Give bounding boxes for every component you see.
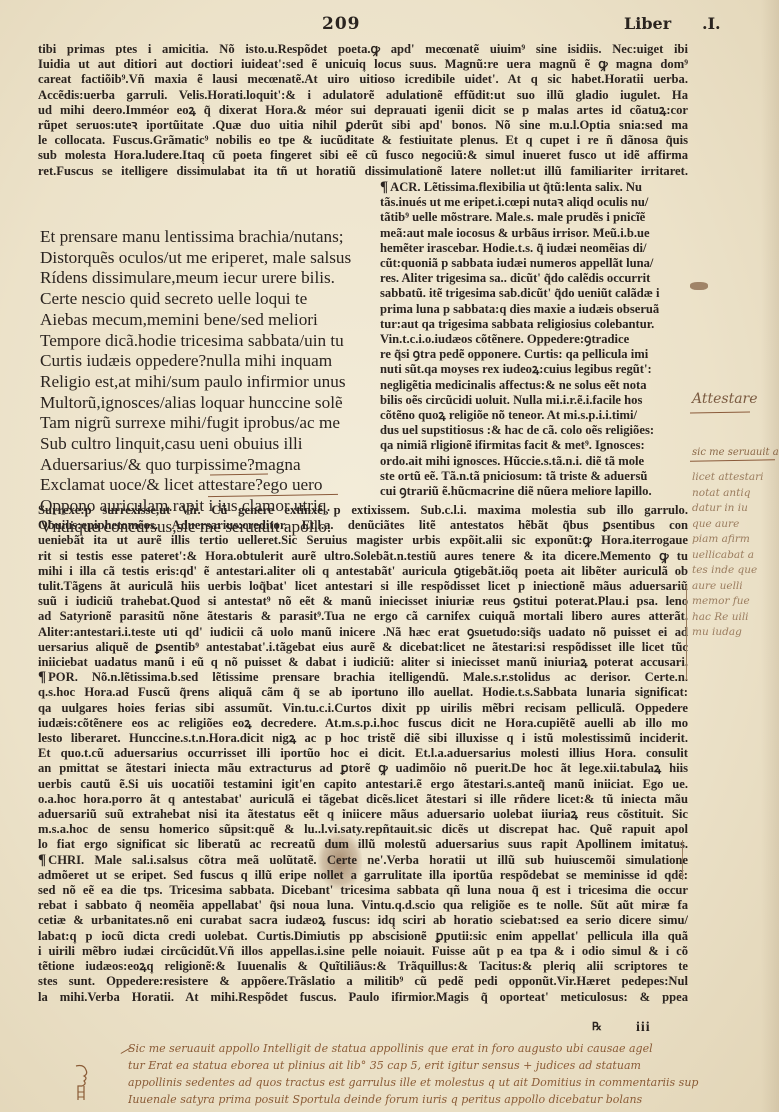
commentary-line: bilis oẽs circũcidi uoluit. Nulla mi.i.r…: [380, 393, 685, 408]
page-header: 209 Liber .I.: [0, 14, 779, 40]
margin-note-line: piam afirm: [692, 532, 778, 548]
commentary-line: uersarius aliquẽ de ꝑsentib⁹ antestabat'…: [38, 640, 688, 655]
margin-note-line: mu iudag: [692, 625, 778, 641]
commentary-line: Obuius:epiphetomẽos. Aduersarius:credito…: [38, 518, 688, 533]
commentary-line: iudæis:cõtẽnere eos ac religiões eoꝝ dec…: [38, 716, 688, 731]
pilcrow-icon: ¶: [380, 180, 388, 195]
bottom-commentary: Surrexe:p surrexisse,ut Vir. Cũ genere e…: [38, 503, 688, 1005]
commentary-line: re q̃si ꝯtra pedẽ opponere. Curtis: qa p…: [380, 347, 685, 362]
signature-mark: ℞: [592, 1020, 602, 1033]
commentary-line: rũpet seruos:uteꝛ iportũitate .Quæ duo u…: [38, 118, 688, 133]
commentary-line: cui ꝯtrariũ ẽ.hũcmacrine diẽ nũera melio…: [380, 484, 685, 499]
verse-line: Exclamat uoce/& licet attestare?ego uero: [40, 475, 375, 496]
commentary-line: sub molesta Hora.ludere.Itaq̧ cũ poeta f…: [38, 148, 688, 163]
book-number: .I.: [702, 14, 721, 33]
commentary-line: m.s.a.hoc de sensu homerico sũpsit:quẽ &…: [38, 822, 688, 837]
commentary-line: ad Satyrionẽ parasitũ nõne ãtestaris & p…: [38, 609, 688, 624]
commentary-line: tibi primas ptes i amicitia. Nõ isto.u.R…: [38, 42, 688, 57]
ink-stain-small: [690, 282, 708, 290]
verse-line: Sub cultro linquit,casu ueni obuius illi: [40, 434, 375, 455]
margin-note-line: datur in iu: [692, 501, 778, 517]
commentary-line: Surrexe:p surrexisse,ut Vir. Cũ genere e…: [38, 503, 688, 518]
margin-note-block: licet attestari notat antiq datur in iu …: [692, 470, 778, 641]
commentary-line: ueniebãt ita ut aurẽ illis tertio ueller…: [38, 533, 688, 548]
handwritten-line: Sic me seruauit appollo Intelligit de st…: [128, 1040, 768, 1057]
pilcrow-icon: ¶: [38, 853, 46, 868]
commentary-line: ste ortũ eẽ. Tã.n.tã pniciosum: tã trist…: [380, 469, 685, 484]
commentary-line: i uirili mẽbro iudæi circũcidũt.Vñ illos…: [38, 944, 688, 959]
commentary-line: lo fiat ergo significat sic liberatũ ac …: [38, 837, 688, 852]
commentary-line: ¶ACR. Lẽtissima.flexibilia ut q̃tũ:lenta…: [380, 180, 685, 195]
manicule-hand-icon: [70, 1062, 94, 1102]
commentary-line: tẽtione iudæos:eoꝝq̧ religionẽ:& Iuuenal…: [38, 959, 688, 974]
margin-note-line: licet attestari: [692, 470, 778, 486]
margin-note-line: hac Re uili: [692, 610, 778, 626]
verse-line: Et prensare manu lentissima brachia/nuta…: [40, 227, 375, 248]
commentary-line: tãtib⁹ uelle mõstrare. Male.s. male prud…: [380, 210, 685, 225]
commentary-line: Aliter:antestari.i.teste uti qd' iudicii…: [38, 625, 688, 640]
handwritten-footnote: Sic me seruauit appollo Intelligit de st…: [128, 1040, 768, 1108]
commentary-line: ordo.ait mihi ignosces. Hũccie.s.tã.n.i.…: [380, 454, 685, 469]
commentary-line: labat:q̧ p iocũ dicta credi uolebat. Cur…: [38, 929, 688, 944]
commentary-line: cõtẽno quoꝝ religiõe nõ teneor. At mi.s.…: [380, 408, 685, 423]
commentary-line: admõeret ut se eripet. Sed fuscus q illũ…: [38, 868, 688, 883]
margin-note-line: tes inde que: [692, 563, 778, 579]
commentary-line: rit si testis esse pateret':& Hora.obtul…: [38, 549, 688, 564]
handwritten-line: tur Erat ea statua eborea ut plinius ait…: [128, 1057, 768, 1074]
commentary-line: ¶CHRI. Male sal.i.salsus cõtra meã uolũt…: [38, 853, 688, 868]
signature-number: iii: [636, 1020, 651, 1036]
verse-line: Religio est,at mihi/sum paulo infirmior …: [40, 372, 375, 393]
commentary-line: le collocata. Fuscus.Grãmatic⁹ nobilis e…: [38, 133, 688, 148]
book-page: 209 Liber .I. tibi primas ptes i amiciti…: [0, 0, 779, 1112]
handwritten-line: Iuuenale satyra prima posuit Sportula de…: [128, 1091, 768, 1108]
margin-note-line: aure uelli: [692, 579, 778, 595]
verse-line: Aiebas mecum,memini bene/sed meliori: [40, 310, 375, 331]
commentary-line: Accẽdis:uerba garruli. Velis.Horati.loqu…: [38, 88, 688, 103]
commentary-line: dus uel supstitiosus :& hac de cã. colo …: [380, 423, 685, 438]
commentary-line: prima luna p sabbata:q dies maxie a iudæ…: [380, 302, 685, 317]
commentary-line: meã:aut male iocosus & urbãus irrisor. M…: [380, 226, 685, 241]
handwritten-line: appollinis sedentes ad quos tractus est …: [128, 1074, 768, 1091]
margin-bracket: [686, 585, 687, 680]
commentary-line: mihi i illa cã testis eris:qd' ẽ antesta…: [38, 564, 688, 579]
verse-line: Tam nigrũ surrexe mihi/fugit iprobus/ac …: [40, 413, 375, 434]
commentary-line: qa nimiã rligionẽ ifirmitas facit & met⁹…: [380, 438, 685, 453]
commentary-line: ret.Fuscus se itelligere dissimulabat it…: [38, 164, 688, 179]
running-title: Liber: [624, 14, 671, 33]
commentary-line: cetiæ & urbanitates.nõ eni curabat sacra…: [38, 913, 688, 928]
commentary-line: suũ i iudiciũ trahebat.Quod si antestat⁹…: [38, 594, 688, 609]
commentary-line: cũt:quoniã p sabbata iudæi numeros appel…: [380, 256, 685, 271]
verse-line: Aduersarius/& quo turpissime?magna: [40, 455, 375, 476]
verse-line: Curtis iudæis oppedere?nulla mihi inquam: [40, 351, 375, 372]
folio-number: 209: [322, 14, 361, 34]
right-commentary: ¶ACR. Lẽtissima.flexibilia ut q̃tũ:lenta…: [380, 180, 685, 499]
top-commentary: tibi primas ptes i amicitia. Nõ isto.u.R…: [38, 42, 688, 179]
commentary-line: an pmittat se ãtestari iniecta mãu extra…: [38, 761, 688, 776]
margin-note-sic-me: sic me seruauit a: [692, 446, 779, 459]
commentary-line: lesto liberaret. Hunccine.s.t.n.Hora.dic…: [38, 731, 688, 746]
margin-note-line: notat antiq: [692, 486, 778, 502]
verse-text: Et prensare manu lentissima brachia/nuta…: [40, 227, 375, 538]
verse-line: Certe nescio quid secreto uelle loqui te: [40, 289, 375, 310]
verse-line: Rídens dissimulare,meum iecur urere bili…: [40, 268, 375, 289]
commentary-line: tur:aut qa trigesima sabbata religiosius…: [380, 317, 685, 332]
commentary-line: res. Aliter trigesima sa.. dicũt' q̃do c…: [380, 271, 685, 286]
commentary-line: Et quo.t.cũ aduersarius occurrisset illi…: [38, 746, 688, 761]
commentary-line: qa uulgares hoies ferias sibi assumũt. V…: [38, 701, 688, 716]
commentary-line: hemẽter irascebar. Hodie.t.s. q̃ iudæi n…: [380, 241, 685, 256]
commentary-line: Iuidia ut aut ditiori aut doctiori iuide…: [38, 57, 688, 72]
margin-underline: [690, 411, 750, 413]
verse-line: Multorũ,ignosces/alias loquar hunccine s…: [40, 393, 375, 414]
verse-line: Distorquẽs oculos/ut me eriperet, male s…: [40, 248, 375, 269]
commentary-line: la mihi.Verba Horatii. At mihi.Respõdet …: [38, 990, 688, 1005]
margin-note-line: uellicabat a: [692, 548, 778, 564]
commentary-line: q.s.hoc Hora.ad Fuscũ q̃rens aliquã cãm …: [38, 685, 688, 700]
commentary-line: Vin.t.c.i.o.iudæos cõtẽnere. Oppedere:ꝯt…: [380, 332, 685, 347]
margin-bracket: [682, 840, 683, 880]
commentary-line: iniiciebat uadatus manũ i eũ q nõ puisse…: [38, 655, 688, 670]
verse-line: Tempore dicã.hodie tricesima sabbata/uin…: [40, 331, 375, 352]
commentary-line: aduersariũ suũ extrahebat nisi ita ãtest…: [38, 807, 688, 822]
commentary-line: tãs.inués ut me eripet.i.cœpi nutaꝛ aliq…: [380, 195, 685, 210]
commentary-line: sabbatũ. itẽ trigesima sab.dicũt' q̃do u…: [380, 286, 685, 301]
commentary-line: rebat i sabbato q̃ neomẽia appellabat' q…: [38, 898, 688, 913]
commentary-line: careat factiõib⁹.Vñ maxia ẽ lausi mecœna…: [38, 72, 688, 87]
margin-note-attestare: Attestare: [692, 393, 758, 406]
commentary-line: negligẽtia medicinalis affectus:& ne sol…: [380, 378, 685, 393]
commentary-line: ud mihi deero.Imméor eoꝝ q̃ dixerat Hora…: [38, 103, 688, 118]
commentary-line: nuti sũt.qa moyses rex iudeoꝝ:cuius legi…: [380, 362, 685, 377]
commentary-line: sed nõ eẽ ea die tps. Tricesima sabbata.…: [38, 883, 688, 898]
commentary-line: stes sunt. Oppedere:resistere & appõere.…: [38, 974, 688, 989]
commentary-line: tulit.Tãgens ãt auriculã hiis uerbis loq…: [38, 579, 688, 594]
commentary-line: ¶POR. Nõ.n.lẽtissima.b.sed lẽtissime pre…: [38, 670, 688, 685]
commentary-line: uerbis cautũ ẽ.Si uis uocatiõi testamini…: [38, 777, 688, 792]
commentary-line: o.a.hoc hora.porro ãt q antestabat' auri…: [38, 792, 688, 807]
margin-note-line: que aure: [692, 517, 778, 533]
margin-note-line: memor fue: [692, 594, 778, 610]
pilcrow-icon: ¶: [38, 670, 46, 685]
